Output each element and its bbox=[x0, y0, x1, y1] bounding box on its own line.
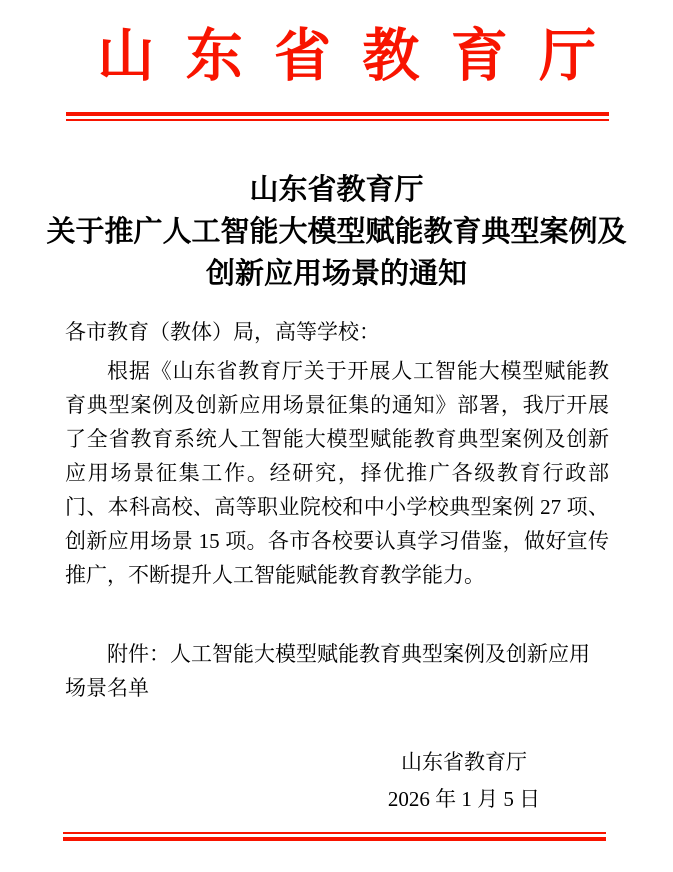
attachment-line: 附件：人工智能大模型赋能教育典型案例及创新应用场景名单 bbox=[65, 637, 609, 705]
signature-date: 2026 年 1 月 5 日 bbox=[339, 781, 589, 818]
body-paragraph: 根据《山东省教育厅关于开展人工智能大模型赋能教育典型案例及创新应用场景征集的通知… bbox=[65, 354, 609, 592]
salutation-line: 各市教育（教体）局，高等学校： bbox=[65, 315, 609, 349]
document-title-line1: 山东省教育厅 bbox=[30, 169, 643, 211]
signature-block: 山东省教育厅 2026 年 1 月 5 日 bbox=[339, 744, 589, 818]
separator-thick-line bbox=[63, 837, 606, 841]
letterhead-separator-rule bbox=[66, 112, 609, 121]
document-title-line3: 创新应用场景的通知 bbox=[30, 253, 643, 295]
document-title: 山东省教育厅 关于推广人工智能大模型赋能教育典型案例及 创新应用场景的通知 bbox=[30, 169, 643, 295]
document-title-line2: 关于推广人工智能大模型赋能教育典型案例及 bbox=[30, 211, 643, 253]
footer-separator-rule bbox=[63, 832, 606, 841]
official-document-page: 山东省教育厅 山东省教育厅 关于推广人工智能大模型赋能教育典型案例及 创新应用场… bbox=[0, 0, 673, 872]
signature-issuer: 山东省教育厅 bbox=[339, 744, 589, 781]
document-body: 各市教育（教体）局，高等学校： 根据《山东省教育厅关于开展人工智能大模型赋能教育… bbox=[65, 315, 609, 592]
letterhead-agency-name: 山东省教育厅 bbox=[66, 28, 609, 85]
separator-thin-line bbox=[66, 119, 609, 121]
